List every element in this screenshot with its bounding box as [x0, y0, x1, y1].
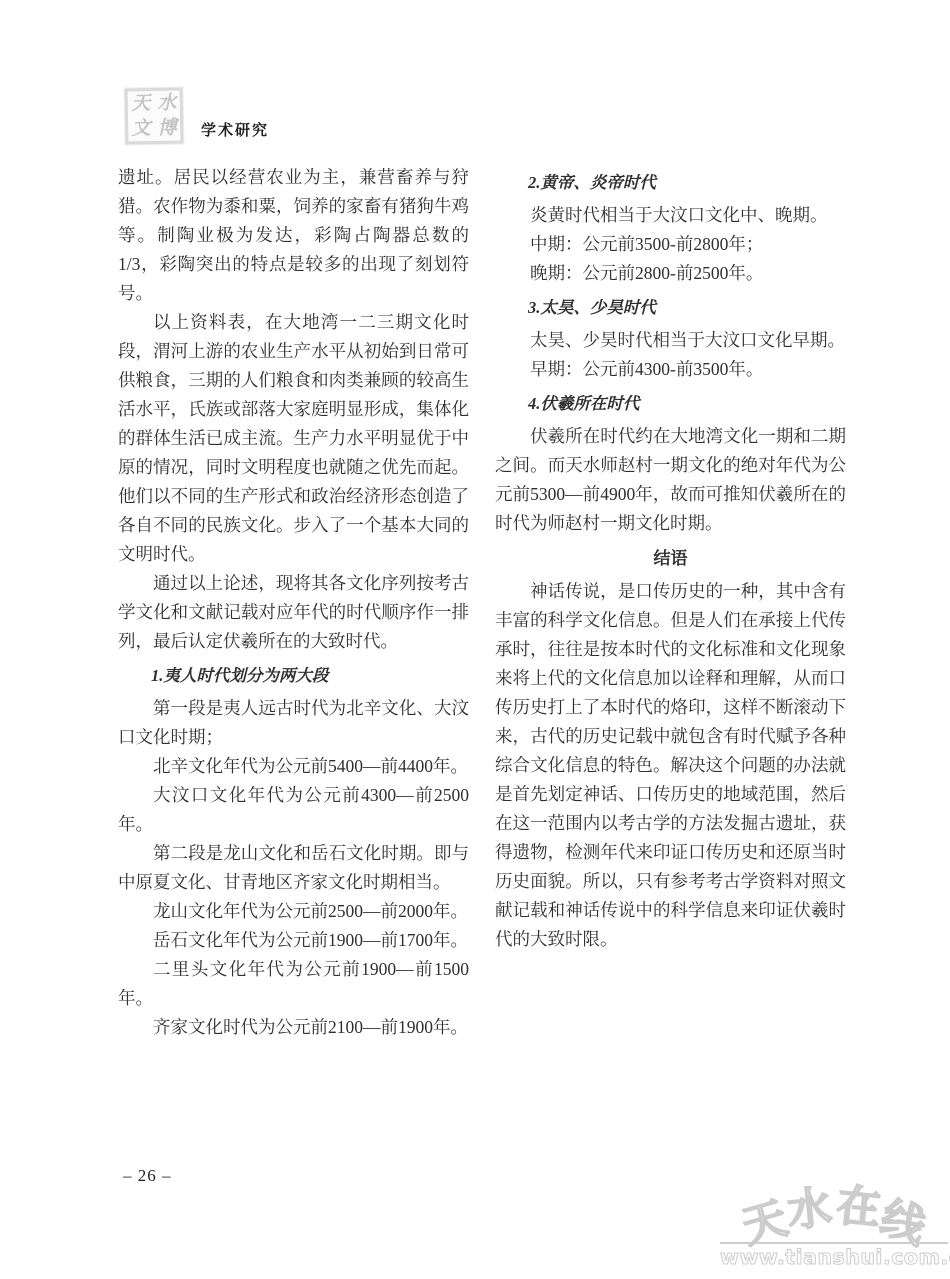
- paragraph: 岳石文化年代为公元前1900—前1700年。: [118, 926, 469, 955]
- seal-char: 文: [132, 119, 151, 138]
- paragraph: 中期：公元前3500-前2800年；: [495, 230, 846, 259]
- seal-char: 博: [158, 119, 177, 138]
- paragraph: 第二段是龙山文化和岳石文化时期。即与中原夏文化、甘青地区齐家文化时期相当。: [118, 839, 469, 897]
- document-page: 天 水 文 博 学术研究 遗址。居民以经营农业为主，兼营畜养与狩猎。农作物为黍和…: [0, 0, 950, 1279]
- subsection-heading-2: 2.黄帝、炎帝时代: [495, 168, 846, 197]
- section-label: 学术研究: [201, 119, 269, 140]
- seal-char: 水: [157, 94, 176, 113]
- paragraph: 北辛文化年代为公元前5400—前4400年。: [118, 752, 469, 781]
- left-column: 遗址。居民以经营农业为主，兼营畜养与狩猎。农作物为黍和粟，饲养的家畜有猪狗牛鸡等…: [118, 163, 469, 1042]
- paragraph: 遗址。居民以经营农业为主，兼营畜养与狩猎。农作物为黍和粟，饲养的家畜有猪狗牛鸡等…: [118, 163, 469, 308]
- watermark-char: 水: [785, 1186, 833, 1234]
- paragraph: 第一段是夷人远古时代为北辛文化、大汶口文化时期；: [118, 694, 469, 752]
- watermark-char: 在: [834, 1184, 882, 1232]
- site-watermark: 天 水 在 线 www.tianshui.com.cn: [720, 1192, 948, 1269]
- subsection-heading-1: 1.夷人时代划分为两大段: [118, 661, 469, 690]
- paragraph: 太昊、少昊时代相当于大汶口文化早期。: [495, 326, 846, 355]
- paragraph: 伏羲所在时代约在大地湾文化一期和二期之间。而天水师赵村一期文化的绝对年代为公元前…: [495, 422, 846, 538]
- subsection-heading-4: 4.伏羲所在时代: [495, 389, 846, 418]
- paragraph: 神话传说，是口传历史的一种，其中含有丰富的科学文化信息。但是人们在承接上代传承时…: [495, 577, 846, 954]
- paragraph: 龙山文化年代为公元前2500—前2000年。: [118, 897, 469, 926]
- paragraph: 早期：公元前4300-前3500年。: [495, 355, 846, 384]
- right-column: 2.黄帝、炎帝时代 炎黄时代相当于大汶口文化中、晚期。 中期：公元前3500-前…: [495, 163, 846, 1042]
- article-body: 遗址。居民以经营农业为主，兼营畜养与狩猎。农作物为黍和粟，饲养的家畜有猪狗牛鸡等…: [118, 163, 846, 1042]
- page-number: – 26 –: [123, 1166, 172, 1186]
- tianshui-wenbo-seal-logo: 天 水 文 博: [125, 87, 184, 144]
- paragraph: 二里头文化年代为公元前1900—前1500年。: [118, 955, 469, 1013]
- paragraph: 通过以上论述，现将其各文化序列按考古学文化和文献记载对应年代的时代顺序作一排列，…: [118, 569, 469, 656]
- conclusion-heading: 结语: [495, 544, 846, 573]
- paragraph: 齐家文化时代为公元前2100—前1900年。: [118, 1013, 469, 1042]
- paragraph: 晚期：公元前2800-前2500年。: [495, 259, 846, 288]
- paragraph: 炎黄时代相当于大汶口文化中、晚期。: [495, 201, 846, 230]
- seal-char: 天: [131, 94, 150, 113]
- watermark-title: 天 水 在 线: [720, 1192, 948, 1236]
- page-header: 天 水 文 博 学术研究: [125, 88, 269, 144]
- subsection-heading-3: 3.太昊、少昊时代: [495, 293, 846, 322]
- paragraph: 以上资料表，在大地湾一二三期文化时段，渭河上游的农业生产水平从初始到日常可供粮食…: [118, 308, 469, 569]
- paragraph: 大汶口文化年代为公元前4300—前2500年。: [118, 781, 469, 839]
